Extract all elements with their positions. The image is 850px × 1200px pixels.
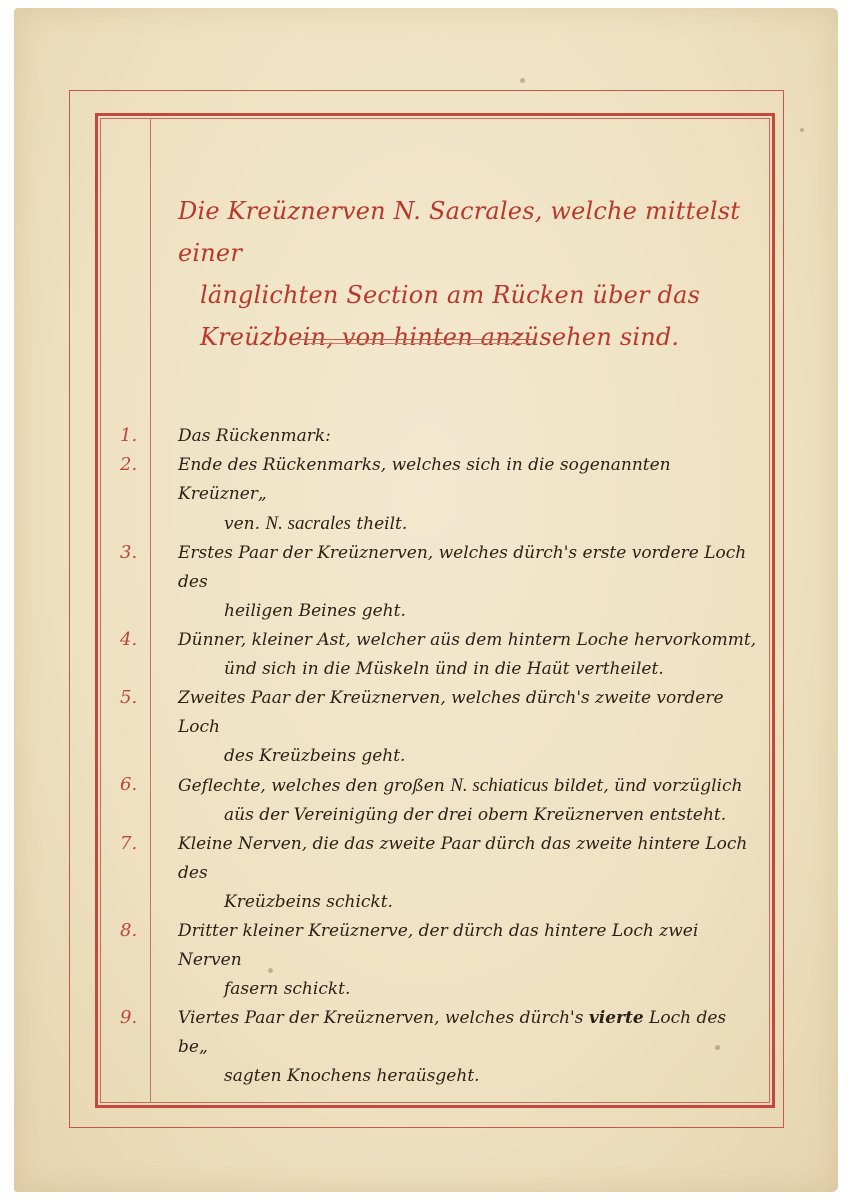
item-number: 7. — [120, 830, 150, 858]
item-continuation: fasern schickt. — [178, 975, 758, 1004]
item-text: Geflechte, welches den großen — [178, 776, 450, 796]
item-text: Dritter kleiner Kreüznerve, der dürch da… — [178, 921, 698, 970]
latin-term: N. Sacrales — [394, 197, 535, 225]
item-text: Viertes Paar der Kreüznerven, welches dü… — [178, 1008, 589, 1028]
emphasized-word: vierte — [589, 1008, 644, 1028]
item-number: 1. — [120, 422, 150, 450]
title-line-3: Kreüzbein, von hinten anzüsehen sind. — [178, 316, 768, 358]
item-number: 5. — [120, 684, 150, 712]
item-text: Das Rückenmark: — [178, 426, 331, 446]
list-item: 4. Dünner, kleiner Ast, welcher aüs dem … — [110, 626, 770, 684]
foxing-spot — [800, 128, 804, 132]
item-number: 9. — [120, 1004, 150, 1032]
list-item: 6. Geflechte, welches den großen N. schi… — [110, 771, 770, 830]
item-number: 6. — [120, 771, 150, 799]
item-number: 4. — [120, 626, 150, 654]
item-continuation: aüs der Vereinigüng der drei obern Kreüz… — [178, 801, 758, 830]
item-number: 2. — [120, 451, 150, 479]
list-item: 3. Erstes Paar der Kreüznerven, welches … — [110, 539, 770, 626]
item-continuation: sagten Knochens heraüsgeht. — [178, 1062, 758, 1091]
foxing-spot — [520, 78, 525, 83]
item-continuation: ven. N. sacrales theilt. — [178, 509, 758, 539]
latin-term: N. schiaticus — [450, 775, 548, 796]
item-text: Kleine Nerven, die das zweite Paar dürch… — [178, 834, 747, 883]
list-item: 1. Das Rückenmark: — [110, 422, 770, 451]
item-text: bildet, ünd vorzüglich — [548, 776, 742, 796]
item-continuation: ünd sich in die Müskeln ünd in die Haüt … — [178, 655, 758, 684]
title-divider — [298, 339, 536, 345]
item-text: theilt. — [351, 514, 407, 534]
page-title: Die Kreüznerven N. Sacrales, welche mitt… — [178, 190, 768, 358]
list-item: 8. Dritter kleiner Kreüznerve, der dürch… — [110, 917, 770, 1004]
item-continuation: des Kreüzbeins geht. — [178, 742, 758, 771]
list-item: 7. Kleine Nerven, die das zweite Paar dü… — [110, 830, 770, 917]
list-item: 5. Zweites Paar der Kreüznerven, welches… — [110, 684, 770, 771]
item-text: Dünner, kleiner Ast, welcher aüs dem hin… — [178, 630, 756, 650]
item-text: Erstes Paar der Kreüznerven, welches dür… — [178, 543, 746, 592]
list-item: 2. Ende des Rückenmarks, welches sich in… — [110, 451, 770, 539]
title-line-2: länglichten Section am Rücken über das — [178, 274, 768, 316]
numbered-legend-list: 1. Das Rückenmark: 2. Ende des Rückenmar… — [110, 422, 770, 1091]
item-continuation: heiligen Beines geht. — [178, 597, 758, 626]
list-item: 9. Viertes Paar der Kreüznerven, welches… — [110, 1004, 770, 1091]
item-text: Ende des Rückenmarks, welches sich in di… — [178, 455, 671, 504]
item-number: 8. — [120, 917, 150, 945]
item-text: Zweites Paar der Kreüznerven, welches dü… — [178, 688, 724, 737]
item-text: Geflechte, welches den großen N. schiati… — [178, 776, 742, 796]
item-text: Viertes Paar der Kreüznerven, welches dü… — [178, 1008, 726, 1057]
divider-line — [306, 343, 528, 344]
title-text: Die Kreüznerven — [178, 197, 394, 225]
latin-term: N. sacrales — [265, 513, 351, 534]
item-continuation: Kreüzbeins schickt. — [178, 888, 758, 917]
title-line-1: Die Kreüznerven N. Sacrales, welche mitt… — [178, 190, 768, 274]
item-text: ven. — [224, 514, 265, 534]
item-number: 3. — [120, 539, 150, 567]
divider-line — [298, 339, 536, 340]
